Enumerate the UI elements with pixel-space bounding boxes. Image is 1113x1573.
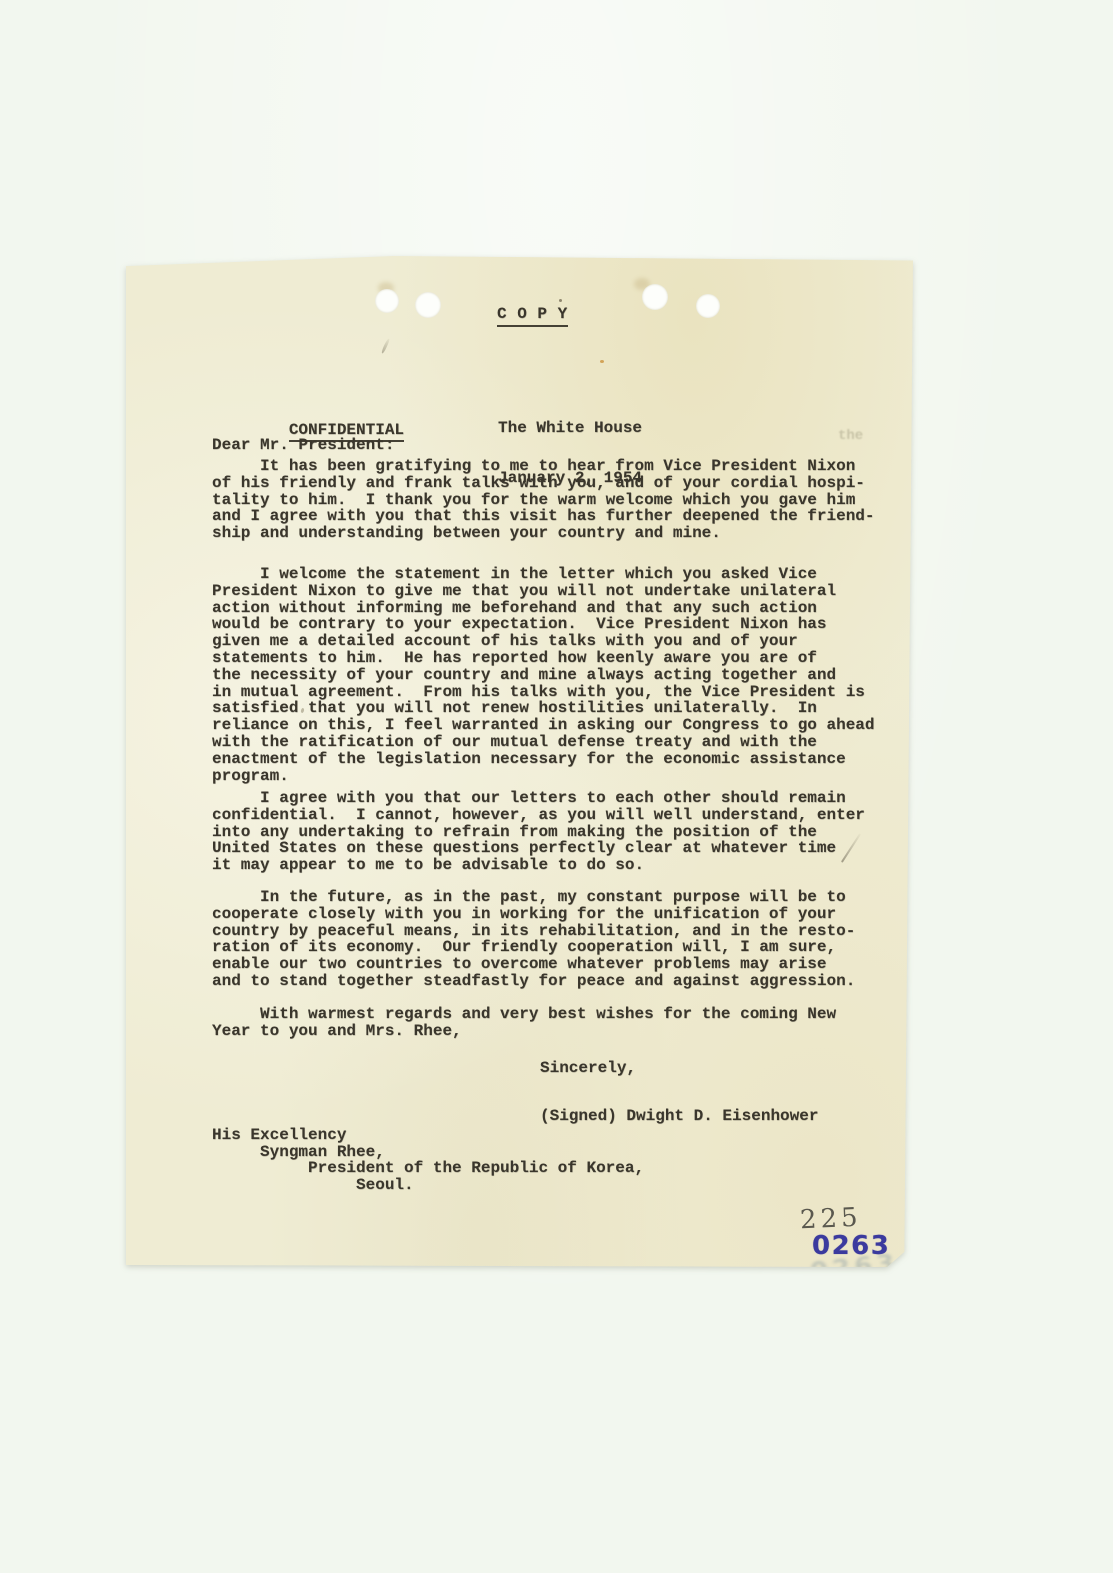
- paragraph-1: It has been gratifying to me to hear fro…: [212, 458, 902, 542]
- ink-bleed-text: the: [838, 428, 863, 444]
- signature-line: (Signed) Dwight D. Eisenhower: [540, 1108, 818, 1125]
- scanned-document-background: C O P Y The White House January 2, 1954 …: [0, 0, 1113, 1573]
- paper-speck: [600, 360, 604, 363]
- punch-hole: [696, 294, 720, 318]
- paper-speck: [559, 299, 562, 302]
- punch-hole: [642, 284, 668, 310]
- copy-heading: C O P Y: [497, 306, 568, 327]
- valediction: Sincerely,: [540, 1060, 636, 1077]
- paragraph-5: With warmest regards and very best wishe…: [212, 1006, 902, 1040]
- letter-page: C O P Y The White House January 2, 1954 …: [126, 256, 913, 1267]
- recipient-address-block: His Excellency Syngman Rhee, President o…: [212, 1127, 644, 1193]
- paragraph-4: In the future, as in the past, my consta…: [212, 889, 902, 990]
- punch-hole: [415, 292, 441, 318]
- paragraph-2: I welcome the statement in the letter wh…: [212, 566, 902, 784]
- punch-hole: [375, 289, 399, 313]
- pen-tick-mark: [381, 338, 390, 354]
- letter-page-wrapper: C O P Y The White House January 2, 1954 …: [126, 256, 913, 1267]
- paragraph-3: I agree with you that our letters to eac…: [212, 790, 902, 874]
- salutation: Dear Mr. President:: [212, 437, 394, 454]
- letterhead-organization: The White House: [498, 420, 642, 437]
